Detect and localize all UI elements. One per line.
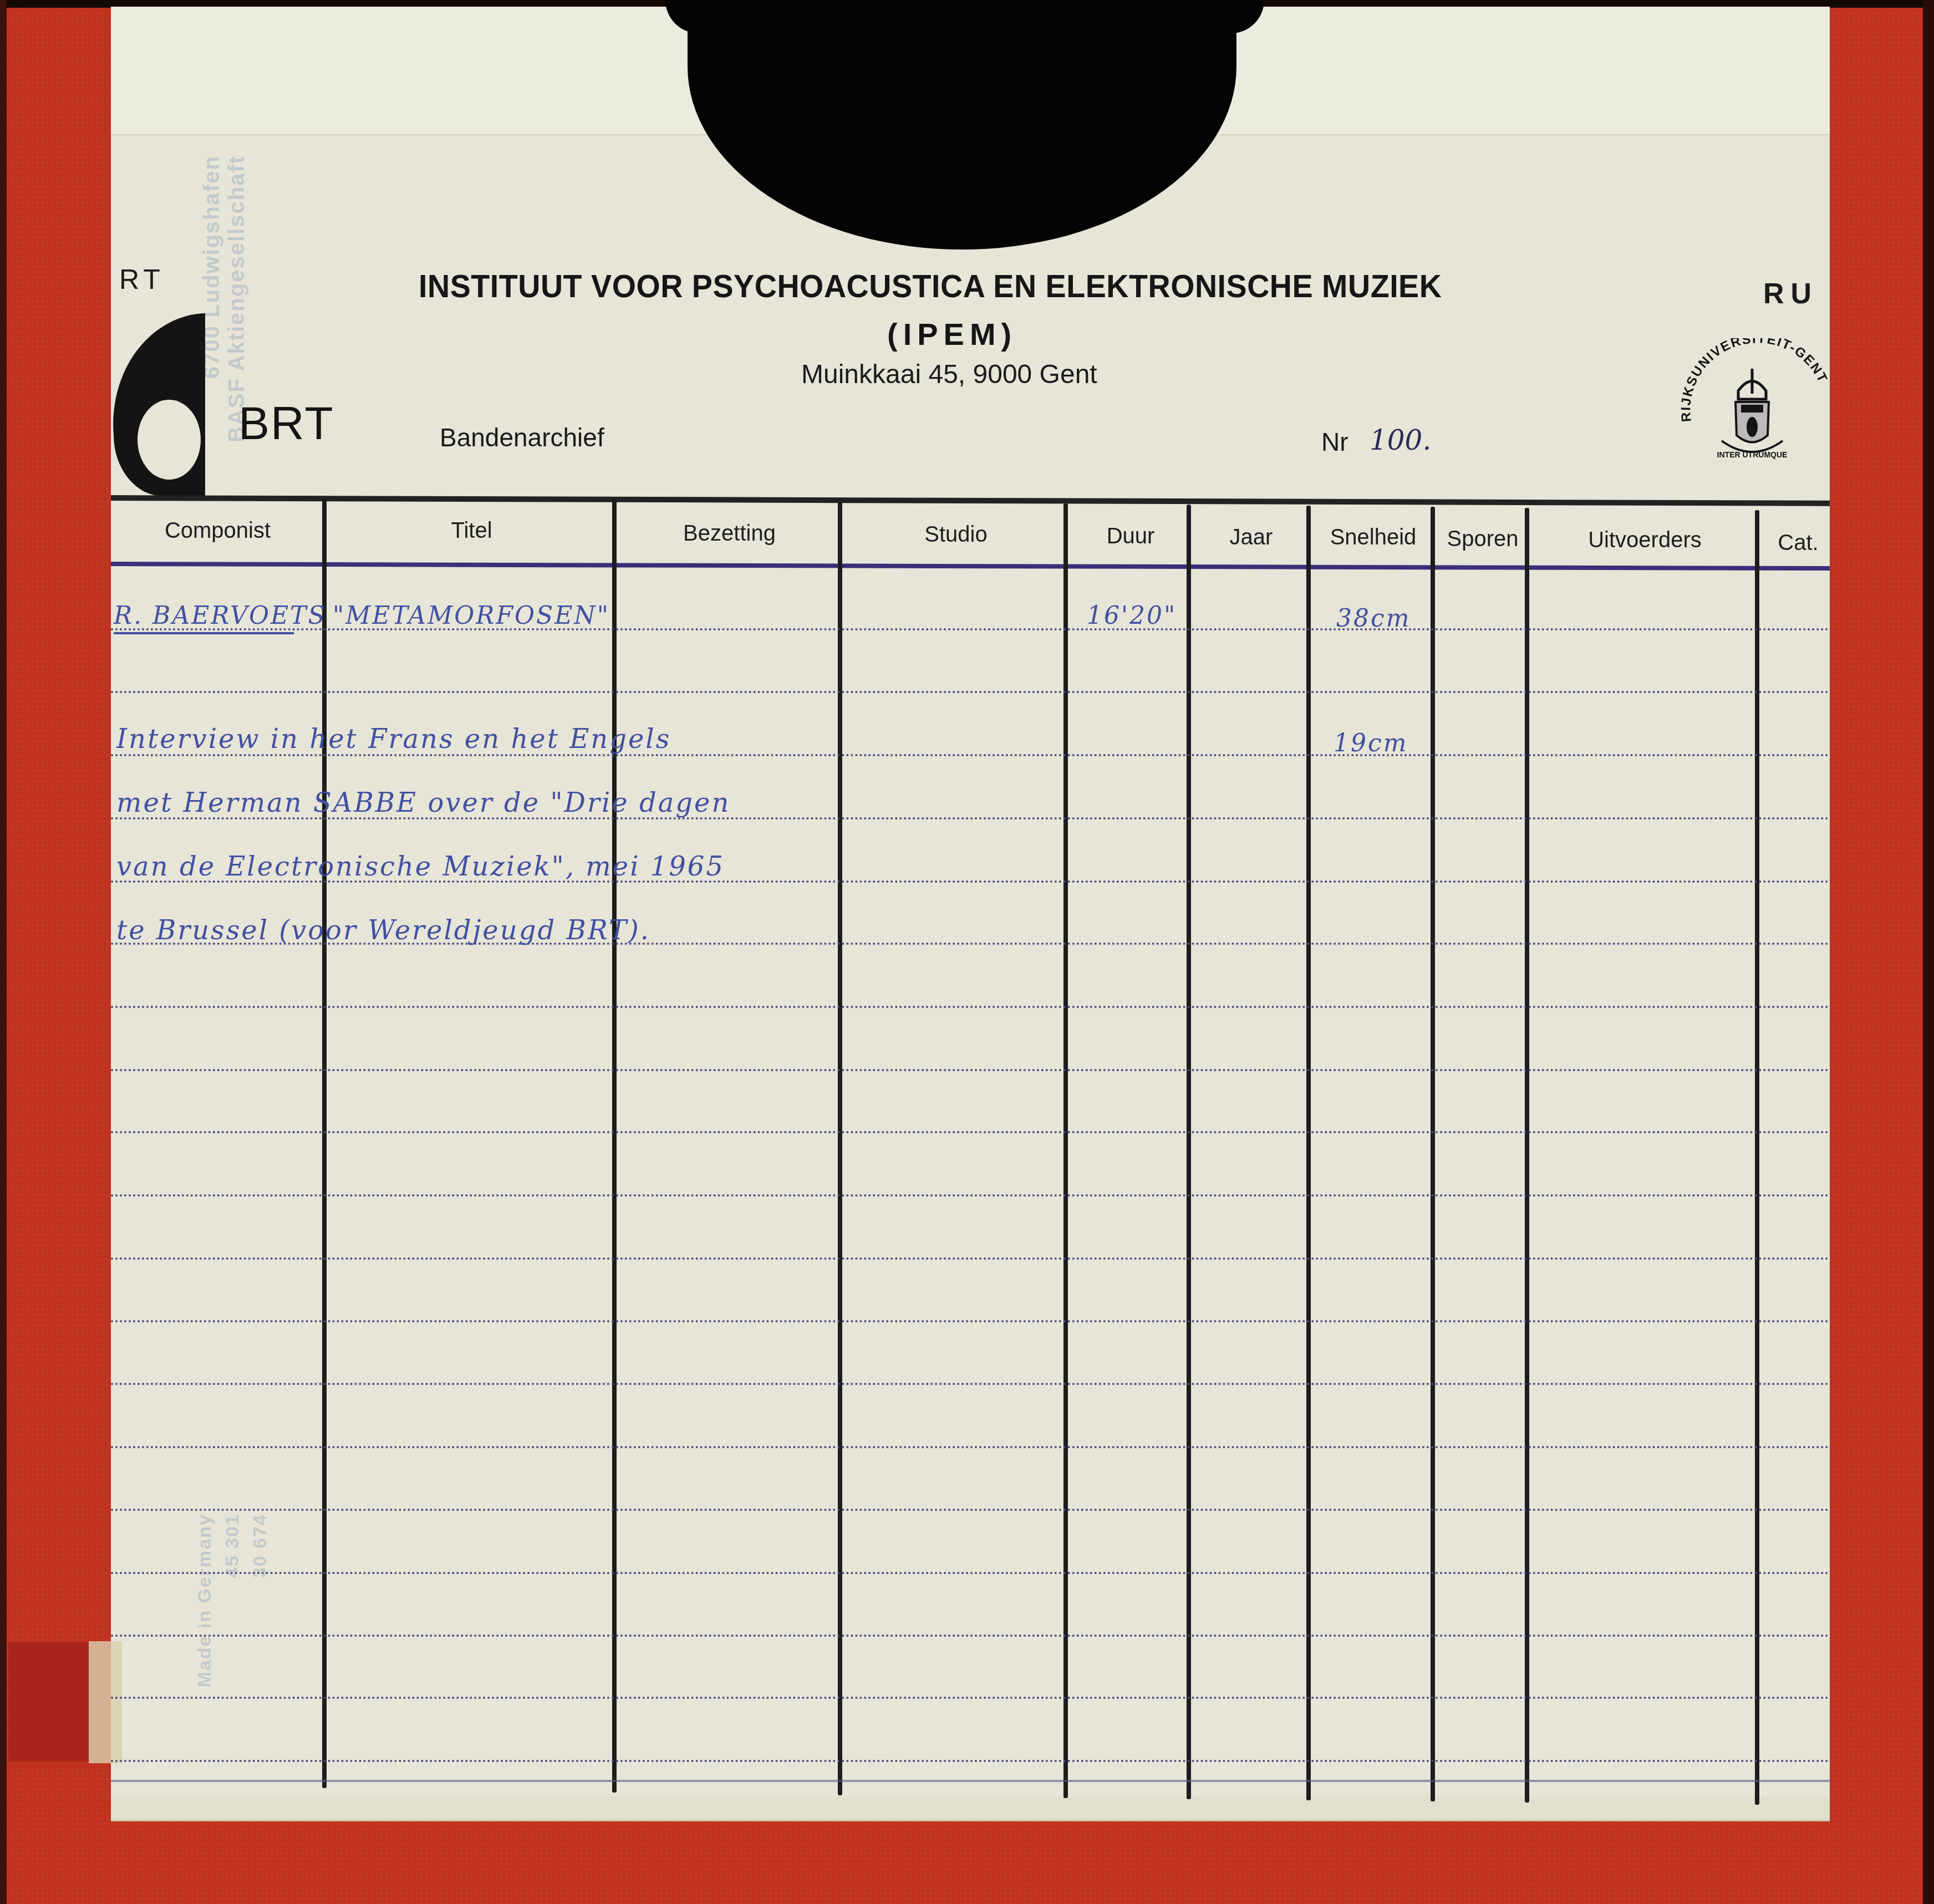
brt-logo-icon [111,313,222,496]
column-header-componist: Componist [111,518,324,543]
ruled-line [111,1446,1830,1448]
ruled-line [111,1760,1830,1762]
column-divider [612,501,617,1793]
column-divider [1306,506,1311,1800]
number-label: Nr [1321,427,1348,457]
entry-duur: 16'20" [1087,602,1177,630]
ghost-print-line-3: 30 674 [250,1514,271,1578]
institute-abbreviation: (IPEM) [887,316,1017,352]
frame-left-edge [0,0,7,1904]
column-divider [1187,505,1191,1799]
number-value: 100. [1370,424,1431,456]
institute-title: INSTITUUT VOOR PSYCHOACUSTICA EN ELEKTRO… [419,268,1442,305]
corner-label-right: RU [1763,277,1818,310]
card-bottom-edge [111,1796,1830,1821]
entry-snelheid: 38cm [1336,604,1411,633]
ruled-line [111,1320,1830,1322]
column-divider [1755,510,1759,1805]
column-divider [1063,503,1068,1798]
column-divider [1431,507,1435,1801]
column-header-uitvoerders: Uitvoerders [1532,528,1758,553]
archive-label: Bandenarchief [440,422,604,452]
column-header-bezetting: Bezetting [619,521,840,546]
componist-underline [114,632,294,634]
ruled-line [111,1383,1830,1385]
column-divider [1525,508,1529,1803]
university-seal-icon: RIJKSUNIVERSITEIT-GENT INTER UTRUMQUE [1675,338,1830,471]
note-line-3: van de Electronische Muziek", mei 1965 [116,851,725,882]
ruled-line [111,1572,1830,1574]
note-line-4: te Brussel (voor Wereldjeugd BRT). [116,915,650,946]
ruled-line [111,1006,1830,1008]
column-header-titel: Titel [329,518,614,543]
column-header-cat: Cat. [1762,531,1834,556]
ruled-line [111,691,1830,693]
institute-address: Muinkkaai 45, 9000 Gent [801,359,1097,390]
ruled-line [111,1069,1830,1071]
ruled-line [111,1131,1830,1133]
ruled-line [111,1635,1830,1637]
ruled-line [111,1697,1830,1699]
brt-wordmark: BRT [238,396,334,450]
note-speed: 19cm [1334,729,1408,757]
column-header-studio: Studio [844,522,1067,547]
ghost-print-line-5: Made in Germany [194,1514,216,1687]
ruled-line [111,1258,1830,1260]
seal-motto: INTER UTRUMQUE [1717,450,1788,459]
ghost-print-line-4: 45 301 [222,1514,243,1578]
spine-patch [8,1642,89,1762]
ruled-line [111,1194,1830,1197]
column-header-sporen: Sporen [1438,527,1528,552]
ruled-line-bottom [111,1780,1830,1782]
ruled-line [111,1509,1830,1511]
tape-strip [89,1641,122,1763]
entry-componist: R. BAERVOETS [114,602,327,630]
note-line-1: Interview in het Frans en het Engels [116,724,671,755]
frame-right-edge [1923,0,1934,1904]
column-header-snelheid: Snelheid [1313,525,1433,550]
column-divider [838,502,842,1795]
note-line-2: met Herman SABBE over de "Drie dagen [116,787,730,818]
column-header-jaar: Jaar [1194,525,1309,550]
corner-label-left: RT [119,263,165,296]
column-header-duur: Duur [1072,524,1189,549]
entry-titel: "METAMORFOSEN" [333,602,610,630]
